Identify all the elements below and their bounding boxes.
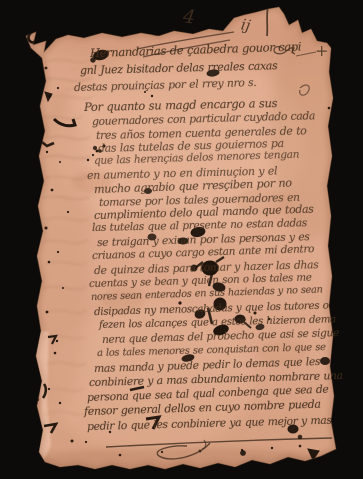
vertical-stroke-mark bbox=[267, 6, 268, 36]
paper-artwork bbox=[0, 0, 363, 479]
curl-flourish bbox=[150, 14, 166, 35]
cross-icon: + bbox=[315, 41, 328, 60]
manuscript-photo: Hernandarias de çaabedra gouor capignl J… bbox=[0, 0, 363, 479]
